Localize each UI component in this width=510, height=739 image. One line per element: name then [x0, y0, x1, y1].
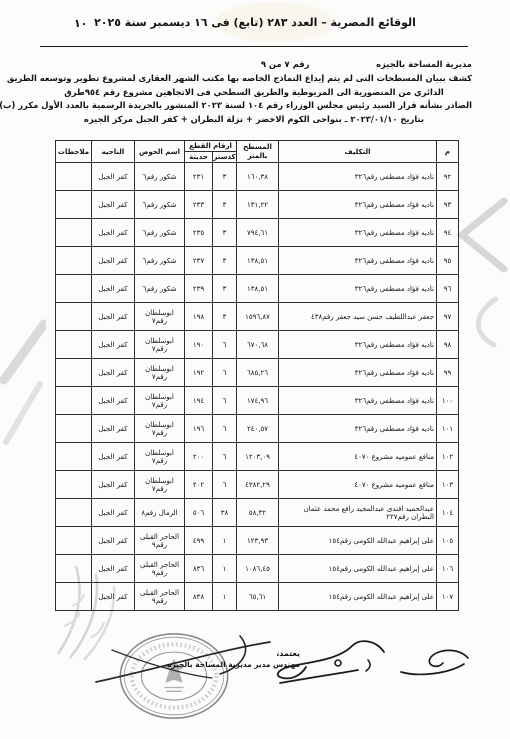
- cell-cadastral: ٣: [213, 247, 237, 275]
- cell-district: كفر الجبل: [92, 359, 135, 387]
- cell-area: ١٣١,٢٢: [237, 191, 279, 219]
- cell-serial: ٩٦: [437, 275, 459, 303]
- cell-area: ١٣٨,٥١: [237, 275, 279, 303]
- cell-notes: [56, 359, 92, 387]
- table-row: ١٠١ناديه فؤاد مصطفى رقم٣٢٦٢٤٠,٥٧٦١٩٦ابوس…: [56, 415, 459, 443]
- cell-assignment: منافع عموميه مشروع ٤٠٧٠: [279, 471, 437, 499]
- cell-district: كفر الجبل: [92, 303, 135, 331]
- cell-modern: ١٩٦: [185, 415, 213, 443]
- cell-basin: ابوسلطان رقم٧: [135, 415, 185, 443]
- cell-notes: [56, 331, 92, 359]
- cell-area: ١٣٨,٥١: [237, 247, 279, 275]
- cell-area: ١٢٠٣,٠٩: [237, 443, 279, 471]
- cell-basin: ابوسلطان رقم٧: [135, 303, 185, 331]
- cell-modern: ٢٣٧: [185, 247, 213, 275]
- cell-cadastral: ٦: [213, 387, 237, 415]
- cell-area: ٦٥,٦١: [237, 583, 279, 611]
- cell-basin: شكور رقم٦: [135, 163, 185, 191]
- cell-notes: [56, 303, 92, 331]
- cell-assignment: ناديه فؤاد مصطفى رقم٣٢٦: [279, 387, 437, 415]
- cell-notes: [56, 471, 92, 499]
- cell-basin: ابوسلطان رقم٧: [135, 443, 185, 471]
- cell-district: كفر الجبل: [92, 191, 135, 219]
- parcels-table: م التكليف المسطح بالمتر ارقام القطع اسم …: [55, 140, 459, 611]
- cell-notes: [56, 415, 92, 443]
- cell-basin: شكور رقم٦: [135, 191, 185, 219]
- table-row: ١٠٤عبدالحميد افندى عبدالمجيد رافع محمد ع…: [56, 499, 459, 527]
- cell-assignment: على إبراهيم عبدالله الكومى رقم١٥٤: [279, 555, 437, 583]
- cell-serial: ٩٧: [437, 303, 459, 331]
- page-header: ١٠ الوقائع المصرية – العدد ٢٨٣ (تابع) فى…: [0, 16, 510, 38]
- cell-modern: ٢٣١: [185, 163, 213, 191]
- cell-cadastral: ٦: [213, 471, 237, 499]
- sheet-number: رقم ٧ من ٩: [261, 58, 310, 72]
- table-row: ٩٣ناديه فؤاد مصطفى رقم٣٢٦١٣١,٢٢٣٢٣٣شكور …: [56, 191, 459, 219]
- cell-modern: ٢٣٥: [185, 219, 213, 247]
- table-row: ٩٥ناديه فؤاد مصطفى رقم٣٢٦١٣٨,٥١٣٢٣٧شكور …: [56, 247, 459, 275]
- cell-district: كفر الجبل: [92, 471, 135, 499]
- intro-line-directorate: مديرية المساحة بالجيزه رقم ٧ من ٩: [36, 58, 472, 72]
- directorate-label: مديرية المساحة بالجيزه: [376, 59, 472, 69]
- cell-assignment: ناديه فؤاد مصطفى رقم٣٢٦: [279, 331, 437, 359]
- cell-modern: ٢٣٣: [185, 191, 213, 219]
- cell-area: ١٠٨٦,٤٥: [237, 555, 279, 583]
- cell-cadastral: ١: [213, 527, 237, 555]
- header-modern: حديثة: [185, 152, 213, 163]
- table-row: ١٠٦على إبراهيم عبدالله الكومى رقم١٥٤١٠٨٦…: [56, 555, 459, 583]
- cell-serial: ٩٤: [437, 219, 459, 247]
- cell-modern: ٥٠٦: [185, 499, 213, 527]
- cell-modern: ١٩٤: [185, 387, 213, 415]
- cell-assignment: على إبراهيم عبدالله الكومى رقم١٥٤: [279, 527, 437, 555]
- cell-serial: ١٠٥: [437, 527, 459, 555]
- cell-assignment: منافع عموميه مشروع ٤٠٧٠: [279, 443, 437, 471]
- cell-cadastral: ٣: [213, 303, 237, 331]
- cell-district: كفر الجبل: [92, 387, 135, 415]
- header-cadastral: كدستر: [213, 152, 237, 163]
- table-row: ٩٤ناديه فؤاد مصطفى رقم٣٢٦٧٩٤,٦١٣٢٣٥شكور …: [56, 219, 459, 247]
- cell-notes: [56, 387, 92, 415]
- cell-cadastral: ٣: [213, 191, 237, 219]
- cell-district: كفر الجبل: [92, 527, 135, 555]
- cell-notes: [56, 499, 92, 527]
- intro-block: مديرية المساحة بالجيزه رقم ٧ من ٩ كشف بب…: [36, 58, 472, 127]
- cell-basin: الحاجر القبلى رقم٩: [135, 583, 185, 611]
- cell-area: ١٧٤,٩٦: [237, 387, 279, 415]
- cell-cadastral: ٦: [213, 331, 237, 359]
- cell-area: ٥٨,٣٢: [237, 499, 279, 527]
- cell-modern: ١٩٢: [185, 359, 213, 387]
- cell-area: ٢٤٠,٥٧: [237, 415, 279, 443]
- table-row: ٩٩ناديه فؤاد مصطفى رقم٣٢٦٦٨٥,٢٦٦١٩٢ابوسل…: [56, 359, 459, 387]
- intro-line-2: الدائري من المنصورية الى المريوطية والطر…: [36, 86, 472, 100]
- table-row: ١٠٧على إبراهيم عبدالله الكومى رقم١٥٤٦٥,٦…: [56, 583, 459, 611]
- cell-serial: ١٠٣: [437, 471, 459, 499]
- cell-assignment: على إبراهيم عبدالله الكومى رقم١٥٤: [279, 583, 437, 611]
- cell-area: ١٦٠,٣٨: [237, 163, 279, 191]
- cell-basin: الحاجر القبلى رقم٩: [135, 555, 185, 583]
- table-header: م التكليف المسطح بالمتر ارقام القطع اسم …: [56, 141, 459, 163]
- cell-basin: ابوسلطان رقم٧: [135, 331, 185, 359]
- cell-assignment: ناديه فؤاد مصطفى رقم٣٢٦: [279, 163, 437, 191]
- cell-modern: ٢٣٩: [185, 275, 213, 303]
- intro-line-1: كشف ببيان المسطحات التى لم يتم إيداع الن…: [36, 72, 472, 86]
- table-row: ٩٧جعفر عبداللطيف حسن سيد جعفر رقم٤٣٨١٥٩٦…: [56, 303, 459, 331]
- cell-district: كفر الجبل: [92, 583, 135, 611]
- cell-notes: [56, 275, 92, 303]
- cell-basin: ابوسلطان رقم٧: [135, 471, 185, 499]
- cell-basin: الرمال رقم٨: [135, 499, 185, 527]
- cell-district: كفر الجبل: [92, 555, 135, 583]
- cell-assignment: ناديه فؤاد مصطفى رقم٣٢٦: [279, 275, 437, 303]
- cell-district: كفر الجبل: [92, 247, 135, 275]
- gazette-title: الوقائع المصرية – العدد ٢٨٣ (تابع) فى ١٦…: [70, 16, 440, 29]
- cell-serial: ٩٨: [437, 331, 459, 359]
- cell-modern: ١٩٨: [185, 303, 213, 331]
- cell-district: كفر الجبل: [92, 331, 135, 359]
- header-notes: ملاحظات: [56, 141, 92, 163]
- cell-area: ٧٩٤,٦١: [237, 219, 279, 247]
- header-area: المسطح بالمتر: [237, 141, 279, 163]
- cell-basin: الحاجر القبلى رقم٩: [135, 527, 185, 555]
- cell-serial: ١٠٠: [437, 387, 459, 415]
- header-serial: م: [437, 141, 459, 163]
- cell-serial: ١٠٦: [437, 555, 459, 583]
- cell-modern: ٨٣٦: [185, 555, 213, 583]
- cell-cadastral: ٣: [213, 219, 237, 247]
- cell-cadastral: ١: [213, 583, 237, 611]
- cell-cadastral: ١: [213, 555, 237, 583]
- gazette-scanned-page: ١٠ الوقائع المصرية – العدد ٢٨٣ (تابع) فى…: [0, 0, 510, 739]
- cell-area: ٦٧٠,٦٨: [237, 331, 279, 359]
- cell-assignment: ناديه فؤاد مصطفى رقم٣٢٦: [279, 247, 437, 275]
- cell-assignment: ناديه فؤاد مصطفى رقم٣٢٦: [279, 191, 437, 219]
- cell-assignment: ناديه فؤاد مصطفى رقم٣٢٦: [279, 415, 437, 443]
- cell-notes: [56, 163, 92, 191]
- header-area-line2: بالمتر: [237, 152, 278, 161]
- cell-area: ٤٣٨٢,٢٩: [237, 471, 279, 499]
- signature-right: [268, 636, 390, 688]
- header-rule: [40, 46, 468, 47]
- cell-cadastral: ٦: [213, 359, 237, 387]
- cell-basin: ابوسلطان رقم٧: [135, 387, 185, 415]
- cell-serial: ١٠٤: [437, 499, 459, 527]
- cell-area: ١٢٣,٩٣: [237, 527, 279, 555]
- cell-modern: ١٩٠: [185, 331, 213, 359]
- header-basin: اسم الحوض: [135, 141, 185, 163]
- cell-notes: [56, 247, 92, 275]
- table-row: ١٠٣منافع عموميه مشروع ٤٠٧٠٤٣٨٢,٢٩٦٢٠٢ابو…: [56, 471, 459, 499]
- cell-district: كفر الجبل: [92, 163, 135, 191]
- cell-serial: ١٠٢: [437, 443, 459, 471]
- cell-assignment: ناديه فؤاد مصطفى رقم٣٢٦: [279, 219, 437, 247]
- table-body: ٩٢ناديه فؤاد مصطفى رقم٣٢٦١٦٠,٣٨٣٢٣١شكور …: [56, 163, 459, 611]
- cell-serial: ٩٥: [437, 247, 459, 275]
- cell-serial: ٩٣: [437, 191, 459, 219]
- cell-basin: ابوسلطان رقم٧: [135, 359, 185, 387]
- cell-serial: ١٠٧: [437, 583, 459, 611]
- cell-serial: ١٠١: [437, 415, 459, 443]
- cell-basin: شكور رقم٦: [135, 275, 185, 303]
- table-row: ٩٢ناديه فؤاد مصطفى رقم٣٢٦١٦٠,٣٨٣٢٣١شكور …: [56, 163, 459, 191]
- intro-line-4: بتاريخ ٢٠٢٣/٠١/١٠ ـ بنواحى الكوم الاخضر …: [36, 113, 472, 127]
- intro-line-3: الصادر بشأنه قرار السيد رئيس مجلس الوزرا…: [36, 99, 472, 113]
- cell-serial: ٩٩: [437, 359, 459, 387]
- cell-area: ٦٨٥,٢٦: [237, 359, 279, 387]
- cell-district: كفر الجبل: [92, 415, 135, 443]
- cell-cadastral: ٣: [213, 163, 237, 191]
- footer-area: يعتمد، مهندس مدير مديرية المساحة بالجيزه: [0, 630, 510, 730]
- header-area-line1: المسطح: [237, 143, 278, 152]
- header-assignment: التكليف: [279, 141, 437, 163]
- cell-district: كفر الجبل: [92, 275, 135, 303]
- table-row: ١٠٠ناديه فؤاد مصطفى رقم٣٢٦١٧٤,٩٦٦١٩٤ابوس…: [56, 387, 459, 415]
- cell-assignment: جعفر عبداللطيف حسن سيد جعفر رقم٤٣٨: [279, 303, 437, 331]
- cell-district: كفر الجبل: [92, 219, 135, 247]
- cell-cadastral: ٦: [213, 415, 237, 443]
- cell-district: كفر الجبل: [92, 443, 135, 471]
- cell-cadastral: ٣: [213, 275, 237, 303]
- cell-notes: [56, 191, 92, 219]
- cell-notes: [56, 583, 92, 611]
- cell-area: ١٥٩٦,٨٧: [237, 303, 279, 331]
- header-plot-numbers: ارقام القطع: [185, 141, 237, 152]
- cell-basin: شكور رقم٦: [135, 219, 185, 247]
- cell-modern: ٢٠٠: [185, 443, 213, 471]
- cell-modern: ٨٣٨: [185, 583, 213, 611]
- cell-cadastral: ٣٨: [213, 499, 237, 527]
- cell-notes: [56, 555, 92, 583]
- cell-assignment: ناديه فؤاد مصطفى رقم٣٢٦: [279, 359, 437, 387]
- cell-modern: ٢٠٢: [185, 471, 213, 499]
- header-district: الناحيه: [92, 141, 135, 163]
- cell-serial: ٩٢: [437, 163, 459, 191]
- signature-left: [396, 644, 474, 684]
- cell-basin: شكور رقم٦: [135, 247, 185, 275]
- cell-district: كفر الجبل: [92, 499, 135, 527]
- cell-notes: [56, 443, 92, 471]
- cell-cadastral: ٦: [213, 443, 237, 471]
- cell-assignment: عبدالحميد افندى عبدالمجيد رافع محمد عثما…: [279, 499, 437, 527]
- cell-modern: ٤٩٩: [185, 527, 213, 555]
- table-row: ٩٦ناديه فؤاد مصطفى رقم٣٢٦١٣٨,٥١٣٢٣٩شكور …: [56, 275, 459, 303]
- table-row: ١٠٥على إبراهيم عبدالله الكومى رقم١٥٤١٢٣,…: [56, 527, 459, 555]
- table-row: ١٠٢منافع عموميه مشروع ٤٠٧٠١٢٠٣,٠٩٦٢٠٠ابو…: [56, 443, 459, 471]
- table-row: ٩٨ناديه فؤاد مصطفى رقم٣٢٦٦٧٠,٦٨٦١٩٠ابوسل…: [56, 331, 459, 359]
- cell-notes: [56, 219, 92, 247]
- cell-notes: [56, 527, 92, 555]
